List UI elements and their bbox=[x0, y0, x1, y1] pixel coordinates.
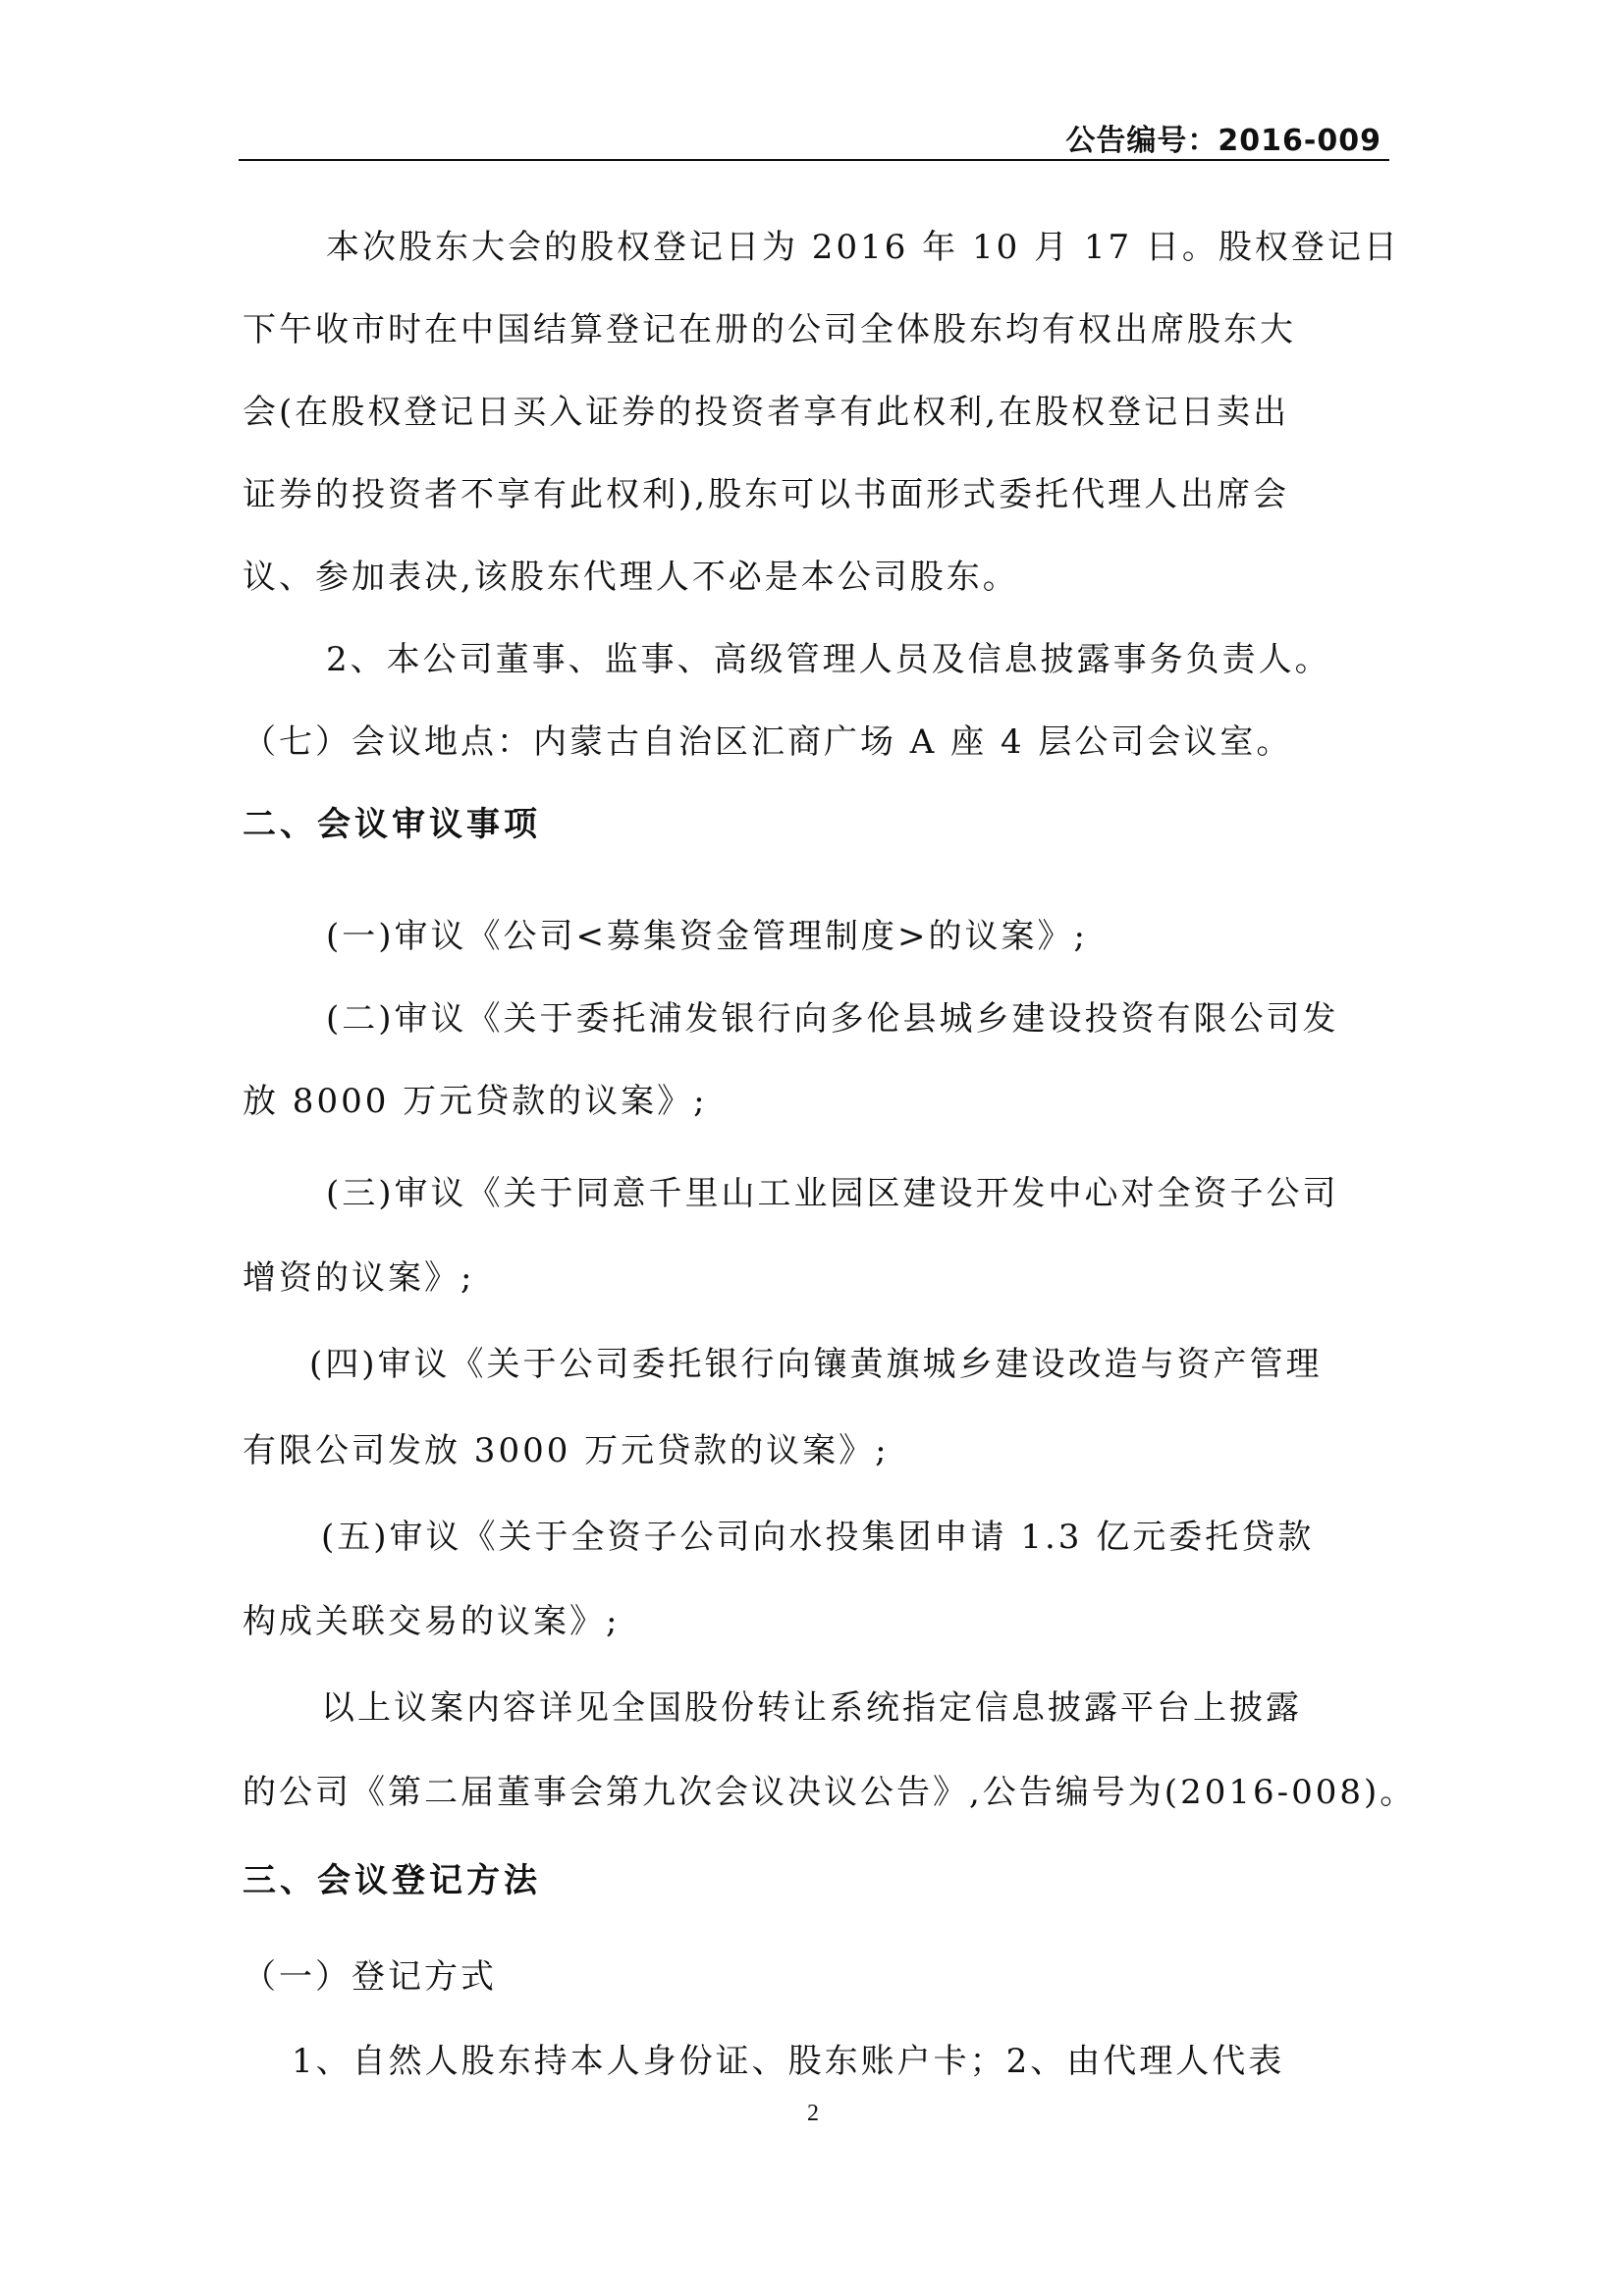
agenda-item: (三)审议《关于同意千里山工业园区建设开发中心对全资子公司 bbox=[326, 1174, 1339, 1213]
page-number: 2 bbox=[803, 2101, 823, 2127]
paragraph-line: 1、自然人股东持本人身份证、股东账户卡；2、由代理人代表 bbox=[292, 2042, 1284, 2081]
agenda-item-continued: 增资的议案》; bbox=[243, 1258, 474, 1298]
agenda-item-continued: 放 8000 万元贷款的议案》; bbox=[243, 1082, 708, 1121]
paragraph-line: 2、本公司董事、监事、高级管理人员及信息披露事务负责人。 bbox=[326, 640, 1331, 679]
subsection-heading: （一）登记方式 bbox=[243, 1957, 497, 1997]
agenda-item-continued: 有限公司发放 3000 万元贷款的议案》; bbox=[243, 1431, 890, 1470]
paragraph-line: 本次股东大会的股权登记日为 2016 年 10 月 17 日。股权登记日 bbox=[326, 228, 1400, 267]
page-header: 公告编号：2016-009 bbox=[239, 108, 1389, 161]
agenda-item: (五)审议《关于全资子公司向水投集团申请 1.3 亿元委托贷款 bbox=[321, 1518, 1314, 1557]
agenda-item: (二)审议《关于委托浦发银行向多伦县城乡建设投资有限公司发 bbox=[326, 999, 1339, 1039]
section-heading: 三、会议登记方法 bbox=[243, 1861, 541, 1900]
paragraph-line: 议、参加表决,该股东代理人不必是本公司股东。 bbox=[243, 558, 1019, 597]
paragraph-line: 证券的投资者不享有此权利),股东可以书面形式委托代理人出席会 bbox=[243, 475, 1289, 514]
note-line: 以上议案内容详见全国股份转让系统指定信息披露平台上披露 bbox=[321, 1688, 1302, 1728]
announcement-number: 公告编号：2016-009 bbox=[1065, 116, 1381, 159]
paragraph-line: 下午收市时在中国结算登记在册的公司全体股东均有权出席股东大 bbox=[243, 310, 1296, 349]
section-heading: 二、会议审议事项 bbox=[243, 805, 541, 844]
meeting-location: （七）会议地点：内蒙古自治区汇商广场 A 座 4 层公司会议室。 bbox=[243, 722, 1292, 762]
agenda-item-continued: 构成关联交易的议案》; bbox=[243, 1602, 620, 1641]
paragraph-line: 会(在股权登记日买入证券的投资者享有此权利,在股权登记日卖出 bbox=[243, 393, 1289, 432]
note-line: 的公司《第二届董事会第九次会议决议公告》,公告编号为(2016-008)。 bbox=[243, 1773, 1416, 1812]
agenda-item: (一)审议《公司<募集资金管理制度>的议案》; bbox=[326, 917, 1088, 956]
agenda-item: (四)审议《关于公司委托银行向镶黄旗城乡建设改造与资产管理 bbox=[309, 1345, 1323, 1384]
